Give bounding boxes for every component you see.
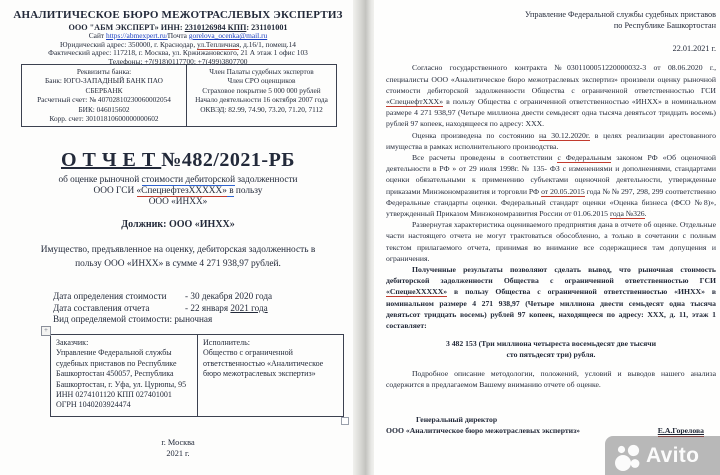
footer-city: г. Москва [0, 438, 356, 449]
report-title-block: О Т Ч Е Т №482/2021-РБ об оценке рыночно… [8, 149, 348, 208]
signer-organization: ООО «Аналитическое бюро межотраслевых эк… [386, 425, 580, 436]
table-row: Член Палаты судебных экспертов [190, 67, 333, 76]
paragraph-text: . [645, 209, 647, 218]
table-row: Страховое покрытие 5 000 000 рублей [190, 86, 333, 95]
customer-ogrn: ОГРН 1040203924474 [56, 400, 192, 410]
final-value-line: сто пятьдесят три) рубля. [386, 349, 716, 360]
footer-year: 2021 г. [0, 449, 356, 460]
dates-block: Дата определения стоимости- 30 декабря 2… [53, 291, 343, 326]
report-subtitle-line2: ООО ГСИ «СпецнефтезХХХХХ» в пользу [8, 186, 348, 197]
cover-footer: г. Москва 2021 г. [0, 438, 356, 459]
letterhead: АНАЛИТИЧЕСКОЕ БЮРО МЕЖОТРАСЛЕВЫХ ЭКСПЕРТ… [8, 9, 348, 66]
table-row: ОКВЭД: 82.99, 74.90, 73.20, 71.20, 7112 [190, 105, 333, 114]
company-name-masked: «СпецнефтезХХХХХ» [137, 186, 227, 197]
addressee-line: Управление Федеральной службы судебных п… [386, 10, 716, 21]
paragraph-text: Согласно государственного контракта №030… [386, 63, 716, 94]
report-date-pre: - 22 января [185, 303, 230, 313]
avito-brand-text: Avito [646, 444, 699, 468]
table-resize-handle-icon[interactable] [341, 417, 349, 425]
table-move-handle-icon[interactable]: + [41, 326, 51, 336]
valuation-date-value: - 30 декабря 2020 года [185, 291, 272, 301]
page-gap-shadow [353, 0, 376, 475]
report-date-value: - 22 января 2021 года [185, 303, 268, 313]
debtor-line: Должник: ООО «ИНХХ» [8, 219, 348, 230]
conclusion-letter-content: Управление Федеральной службы судебных п… [386, 10, 716, 437]
customer-cell: Заказчик: Управление Федеральной службы … [51, 335, 198, 416]
report-subtitle-line1: об оценке рыночной стоимости дебиторской… [8, 175, 348, 186]
paragraph-text: Оценка произведена по состоянию [412, 131, 539, 140]
customer-body: Управление Федеральной службы судебных п… [56, 348, 192, 390]
report-cover-page: АНАЛИТИЧЕСКОЕ БЮРО МЕЖОТРАСЛЕВЫХ ЭКСПЕРТ… [0, 0, 355, 475]
value-type-row: Вид определяемой стоимости: рыночная [53, 314, 343, 326]
table-row: БИК: 046015602 [25, 105, 183, 114]
subtitle-conn: в [227, 186, 234, 197]
paragraph-methodology: Подробное описание методологии, положени… [386, 368, 716, 390]
subtitle-tail: пользу [234, 186, 263, 196]
addressee-block: Управление Федеральной службы судебных п… [386, 10, 716, 31]
org-name: АНАЛИТИЧЕСКОЕ БЮРО МЕЖОТРАСЛЕВЫХ ЭКСПЕРТ… [8, 9, 348, 21]
report-number: №482/2021-РБ [161, 149, 295, 171]
executor-body: Общество с ограниченной ответственностью… [203, 348, 338, 379]
customer-title: Заказчик: [56, 338, 192, 348]
customer-inn: ИНН 0274101120 КПП 027401001 [56, 390, 192, 400]
company-name-masked: «СпецнефтХХХ» [386, 97, 443, 107]
document-photo: АНАЛИТИЧЕСКОЕ БЮРО МЕЖОТРАСЛЕВЫХ ЭКСПЕРТ… [0, 0, 720, 475]
membership-column: Член Палаты судебных экспертов Член СРО … [187, 65, 336, 126]
paragraph-legal-basis: Все расчеты проведены в соответствии с Ф… [386, 152, 716, 219]
law-ref-marked: с Федеральным [557, 153, 611, 163]
valuation-date-label: Дата определения стоимости [53, 291, 185, 303]
final-value-line: 3 482 153 (Три миллиона четыреста восемь… [386, 338, 716, 349]
subtitle-pre: об оценке рыночной [58, 175, 141, 185]
date-marked: на 30.12.2020г. [539, 131, 590, 141]
table-row: Начало деятельности 16 октября 2007 года [190, 95, 333, 104]
signer-position: Генеральный директор [386, 414, 716, 425]
paragraph-text: Все расчеты проведены в соответствии [412, 153, 557, 162]
order-number-marked: года №326 [610, 209, 645, 219]
table-row: Расчетный счет: № 40702810230060002054 [25, 95, 183, 104]
bank-requisites-column: Реквизиты банка: Банк: ЮГО-ЗАПАДНЫЙ БАНК… [22, 65, 187, 126]
report-date-label: Дата составления отчета [53, 303, 185, 315]
subtitle-post: задолженности [235, 175, 297, 185]
avito-logo-icon [613, 442, 643, 472]
signature-block: Генеральный директор ООО «Аналитическое … [386, 414, 716, 437]
report-date-marked: 2021 года [230, 303, 267, 313]
subtitle-marked: стоимости дебиторской [142, 175, 236, 186]
paragraph-valuation-date: Оценка произведена по состоянию на 30.12… [386, 130, 716, 152]
bank-requisites-table: Реквизиты банка: Банк: ЮГО-ЗАПАДНЫЙ БАНК… [21, 64, 337, 127]
report-title-word: О Т Ч Е Т [61, 149, 161, 171]
property-description: Имущество, предъявленное на оценку, деби… [30, 244, 326, 271]
table-row: Корр. счет: 30101810600000000602 [25, 114, 183, 123]
report-title: О Т Ч Е Т №482/2021-РБ [8, 149, 348, 172]
parties-table: + Заказчик: Управление Федеральной служб… [50, 334, 344, 417]
final-value-statement: 3 482 153 (Три миллиона четыреста восемь… [386, 338, 716, 360]
table-row: Реквизиты банка: [25, 67, 183, 76]
paragraph-characteristics: Развернутая характеристика оцениваемого … [386, 219, 716, 264]
executor-title: Исполнитель: [203, 338, 338, 348]
company-prefix: ООО ГСИ [94, 186, 137, 196]
paragraph-conclusion: Полученные результаты позволяют сделать … [386, 264, 716, 331]
paragraph-text: Полученные результаты позволяют сделать … [386, 265, 716, 285]
avito-watermark: Avito [605, 436, 720, 475]
table-row: СБЕРБАНК [25, 86, 183, 95]
table-row: Член СРО оценщиков [190, 76, 333, 85]
paragraph-contract: Согласно государственного контракта №030… [386, 62, 716, 129]
executor-cell: Исполнитель: Общество с ограниченной отв… [198, 335, 343, 416]
addressee-line: по Республике Башкортостан [386, 21, 716, 32]
valuation-date-row: Дата определения стоимости- 30 декабря 2… [53, 291, 343, 303]
order-date-marked: от 20.05.2015 [541, 187, 585, 197]
report-subtitle-line3: ООО «ИНХХ» [8, 197, 348, 208]
report-date-row: Дата составления отчета- 22 января 2021 … [53, 303, 343, 315]
company-name-masked: «СпецнеХХХХХ» [386, 287, 447, 297]
letter-date: 22.01.2021 г. [386, 43, 716, 54]
table-row: Банк: ЮГО-ЗАПАДНЫЙ БАНК ПАО [25, 76, 183, 85]
